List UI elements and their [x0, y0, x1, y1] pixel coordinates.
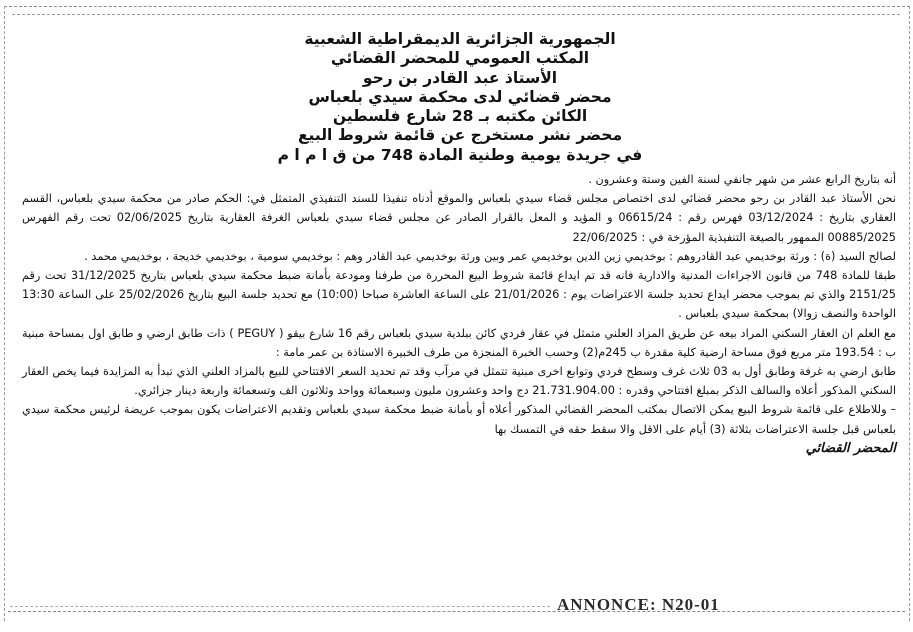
paragraph-opening-price: طابق ارضي به غرفة وطابق أول به 03 ثلاث غ… [22, 362, 896, 400]
paragraph-beneficiaries: لصالح السيد (ة) : ورثة بوخديمي عبد القاد… [22, 247, 896, 266]
header-office: المكتب العمومي للمحضر القضائي [200, 49, 720, 68]
signature: المحضر القضائي [22, 439, 896, 459]
paragraph-date: أنه بتاريخ الرابع عشر من شهر جانفي لسنة … [22, 170, 896, 189]
paragraph-objections: – وللاطلاع على قائمة شروط البيع يمكن الا… [22, 400, 896, 438]
notice-body: أنه بتاريخ الرابع عشر من شهر جانفي لسنة … [22, 170, 896, 459]
notice-header: الجمهورية الجزائرية الديمقراطية الشعبية … [200, 30, 720, 165]
header-bailiff-name: الأستاذ عبد القادر بن رحو [200, 69, 720, 88]
annonce-number: ANNONCE: N20-01 [557, 595, 720, 615]
header-address: الكائن مكتبه بـ 28 شارع فلسطين [200, 107, 720, 126]
paragraph-property-description: مع العلم ان العقار السكني المراد بيعه عن… [22, 324, 896, 362]
bottom-border [8, 611, 905, 612]
paragraph-sale-schedule: طبقا للمادة 748 من قانون الاجراءات المدن… [22, 266, 896, 324]
paragraph-enforcement: نحن الأستاذ عبد القادر بن رحو محضر قضائي… [22, 189, 896, 247]
header-republic: الجمهورية الجزائرية الديمقراطية الشعبية [200, 30, 720, 49]
bottom-border-secondary [10, 606, 550, 607]
header-notice-title: محضر نشر مستخرج عن قائمة شروط البيع [200, 126, 720, 145]
header-court: محضر قضائي لدى محكمة سيدي بلعباس [200, 88, 720, 107]
header-legal-article: في جريدة يومية وطنية المادة 748 من ق ا م… [200, 146, 720, 165]
